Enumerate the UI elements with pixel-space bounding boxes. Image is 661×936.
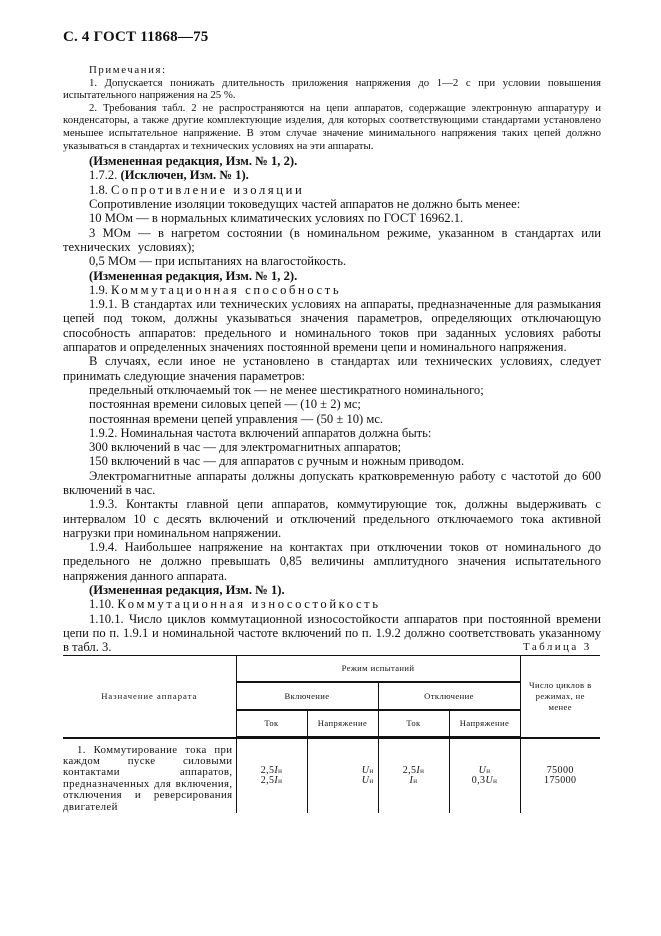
clause-number: 1.8. bbox=[89, 183, 108, 197]
header-off: Отключение bbox=[378, 682, 520, 710]
row-purpose-text: 1. Коммутирование тока при каждом пуске … bbox=[63, 745, 233, 813]
table-3: Назначение аппарата Режим испытаний Числ… bbox=[63, 655, 600, 813]
clause-1-10-1: 1.10.1. Число циклов коммутационной изно… bbox=[63, 612, 601, 655]
clause-1-9-4: 1.9.4. Наибольшее напряжение на контакта… bbox=[63, 540, 601, 583]
header-on-current: Ток bbox=[236, 710, 307, 738]
clause-1-10-heading: 1.10. Коммутационная износостойкость bbox=[63, 597, 601, 611]
cell-values: 2,5Iн2,5Iн bbox=[237, 766, 307, 786]
header-on: Включение bbox=[236, 682, 378, 710]
clause-1-8-intro: Сопротивление изоляции токоведущих часте… bbox=[63, 197, 601, 211]
header-off-voltage: Напряжение bbox=[449, 710, 520, 738]
clause-1-9-2-a: 300 включений в час — для электромагнитн… bbox=[63, 440, 601, 454]
clause-1-9-1: 1.9.1. В стандартах или технических усло… bbox=[63, 297, 601, 354]
cell-values: Uн0,3Uн bbox=[450, 766, 520, 786]
cell-values: 75000175000 bbox=[521, 766, 601, 786]
clause-1-8-item-b: 3 МОм — в нагретом состоянии (в номиналь… bbox=[63, 226, 601, 255]
clause-1-9-1-c: предельный отключаемый ток — не менее ше… bbox=[63, 383, 601, 397]
clause-1-9-2-c: Электромагнитные аппараты должны допуска… bbox=[63, 469, 601, 498]
clause-1-7-2: 1.7.2. (Исключен, Изм. № 1). bbox=[63, 168, 601, 182]
clause-title: Коммутационная износостойкость bbox=[117, 597, 380, 611]
cell-cycles: 75000175000 bbox=[520, 738, 600, 813]
cell-off-voltage: Uн0,3Uн bbox=[449, 738, 520, 813]
clause-1-8-heading: 1.8. Сопротивление изоляции bbox=[63, 183, 601, 197]
cell-values: 2,5IнIн bbox=[379, 766, 449, 786]
clause-title: Сопротивление изоляции bbox=[111, 183, 304, 197]
row-purpose: 1. Коммутирование тока при каждом пуске … bbox=[63, 738, 236, 813]
clause-1-9-2-b: 150 включений в час — для аппаратов с ру… bbox=[63, 454, 601, 468]
document-body: Примечания: 1. Допускается понижать длит… bbox=[63, 64, 601, 655]
cell-on-voltage: UнUн bbox=[307, 738, 378, 813]
note-2: 2. Требования табл. 2 не распространяютс… bbox=[63, 102, 601, 152]
clause-1-9-heading: 1.9. Коммутационная способность bbox=[63, 283, 601, 297]
header-off-current: Ток bbox=[378, 710, 449, 738]
clause-1-8-item-c: 0,5 МОм — при испытаниях на влагостойкос… bbox=[63, 254, 601, 268]
clause-number: 1.10. bbox=[89, 597, 114, 611]
table-caption: Таблица 3 bbox=[523, 641, 592, 653]
clause-number: 1.9. bbox=[89, 283, 108, 297]
clause-1-9-1-e: постоянная времени цепей управления — (5… bbox=[63, 412, 601, 426]
header-mode: Режим испытаний bbox=[236, 656, 520, 682]
clause-number: 1.7.2. bbox=[89, 168, 117, 182]
page-header: С. 4 ГОСТ 11868—75 bbox=[63, 29, 208, 46]
header-on-voltage: Напряжение bbox=[307, 710, 378, 738]
note-1: 1. Допускается понижать длительность при… bbox=[63, 77, 601, 102]
notes-heading: Примечания: bbox=[63, 64, 601, 77]
revision-note: (Измененная редакция, Изм. № 1, 2). bbox=[63, 154, 601, 168]
header-purpose: Назначение аппарата bbox=[63, 656, 236, 738]
revision-note: (Измененная редакция, Изм. № 1). bbox=[63, 583, 601, 597]
clause-1-8-item-a: 10 МОм — в нормальных климатических усло… bbox=[63, 211, 601, 225]
cell-on-current: 2,5Iн2,5Iн bbox=[236, 738, 307, 813]
clause-1-9-3: 1.9.3. Контакты главной цепи аппаратов, … bbox=[63, 497, 601, 540]
clause-1-9-1-b: В случаях, если иное не установлено в ст… bbox=[63, 354, 601, 383]
cell-off-current: 2,5IнIн bbox=[378, 738, 449, 813]
revision-note: (Измененная редакция, Изм. № 1, 2). bbox=[63, 269, 601, 283]
table-row: 1. Коммутирование тока при каждом пуске … bbox=[63, 738, 600, 813]
clause-1-9-1-d: постоянная времени силовых цепей — (10 ±… bbox=[63, 397, 601, 411]
cell-values: UнUн bbox=[308, 766, 374, 786]
clause-1-9-2: 1.9.2. Номинальная частота включений апп… bbox=[63, 426, 601, 440]
clause-text: (Исключен, Изм. № 1). bbox=[121, 168, 249, 182]
header-cycles-text: Число циклов в режимах, не менее bbox=[529, 680, 592, 712]
header-cycles: Число циклов в режимах, не менее bbox=[520, 656, 600, 738]
clause-title: Коммутационная способность bbox=[111, 283, 341, 297]
